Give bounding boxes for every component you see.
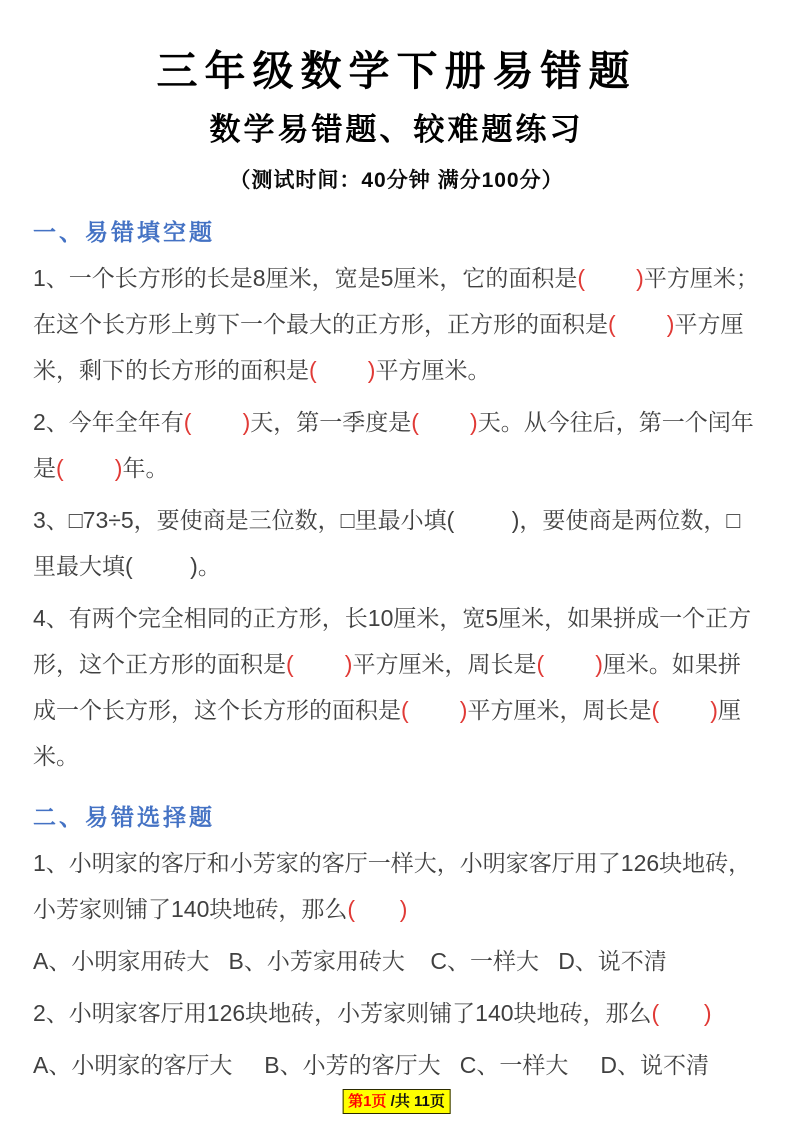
text-segment: 2、小明家客厅用126块地砖，小芳家则铺了140块地砖，那么 [33,1000,652,1026]
answer-blank: ( ) [577,265,643,291]
text-segment: 天，第一季度是 [250,409,411,435]
answer-blank: ( ) [286,651,352,677]
test-info-line: （测试时间：40分钟 满分100分） [33,164,760,194]
page-subtitle: 数学易错题、较难题练习 [33,111,760,148]
section-heading-1: 一、易错填空题 [33,214,760,251]
answer-blank: ( ) [184,409,250,435]
section-heading-2: 二、易错选择题 [33,799,760,836]
current-page-label: 第1页 [348,1093,386,1110]
answer-blank: ( ) [56,455,122,481]
worksheet-page: 三年级数学下册易错题 数学易错题、较难题练习 （测试时间：40分钟 满分100分… [0,0,793,1122]
text-segment: 1、一个长方形的长是8厘米，宽是5厘米，它的面积是 [33,265,577,291]
answer-blank: ( ) [347,896,407,922]
question-text: A、小明家的客厅大 B、小芳的客厅大 C、一样大 D、说不清 [33,1042,760,1088]
answer-blank: ( ) [401,697,467,723]
answer-blank: ( ) [608,311,674,337]
text-segment: 3、□73÷5，要使商是三位数，□里最小填( )，要使商是两位数，□里最大填( … [33,507,740,579]
page-title: 三年级数学下册易错题 [33,46,760,97]
sections-container: 一、易错填空题1、一个长方形的长是8厘米，宽是5厘米，它的面积是( )平方厘米；… [33,214,760,1088]
answer-blank: ( ) [651,697,717,723]
answer-blank: ( ) [536,651,602,677]
answer-blank: ( ) [652,1000,712,1026]
question-text: A、小明家用砖大 B、小芳家用砖大 C、一样大 D、说不清 [33,938,760,984]
text-segment: A、小明家的客厅大 B、小芳的客厅大 C、一样大 D、说不清 [33,1052,709,1078]
question-text: 2、今年全年有( )天，第一季度是( )天。从今往后，第一个闰年是( )年。 [33,399,760,491]
text-segment: 平方厘米。 [375,357,490,383]
page-number-badge: 第1页 /共 11页 [342,1089,451,1114]
answer-blank: ( ) [411,409,477,435]
total-pages-label: /共 11页 [386,1093,444,1110]
text-segment: 2、今年全年有 [33,409,184,435]
question-text: 3、□73÷5，要使商是三位数，□里最小填( )，要使商是两位数，□里最大填( … [33,497,760,589]
question-text: 4、有两个完全相同的正方形，长10厘米，宽5厘米，如果拼成一个正方形，这个正方形… [33,595,760,779]
question-text: 1、一个长方形的长是8厘米，宽是5厘米，它的面积是( )平方厘米；在这个长方形上… [33,255,760,393]
text-segment: 平方厘米，周长是 [467,697,651,723]
question-text: 1、小明家的客厅和小芳家的客厅一样大，小明家客厅用了126块地砖，小芳家则铺了1… [33,840,760,932]
text-segment: 平方厘米，周长是 [352,651,536,677]
text-segment: A、小明家用砖大 B、小芳家用砖大 C、一样大 D、说不清 [33,948,667,974]
answer-blank: ( ) [309,357,375,383]
text-segment: 年。 [122,455,168,481]
question-text: 2、小明家客厅用126块地砖，小芳家则铺了140块地砖，那么( ) [33,990,760,1036]
